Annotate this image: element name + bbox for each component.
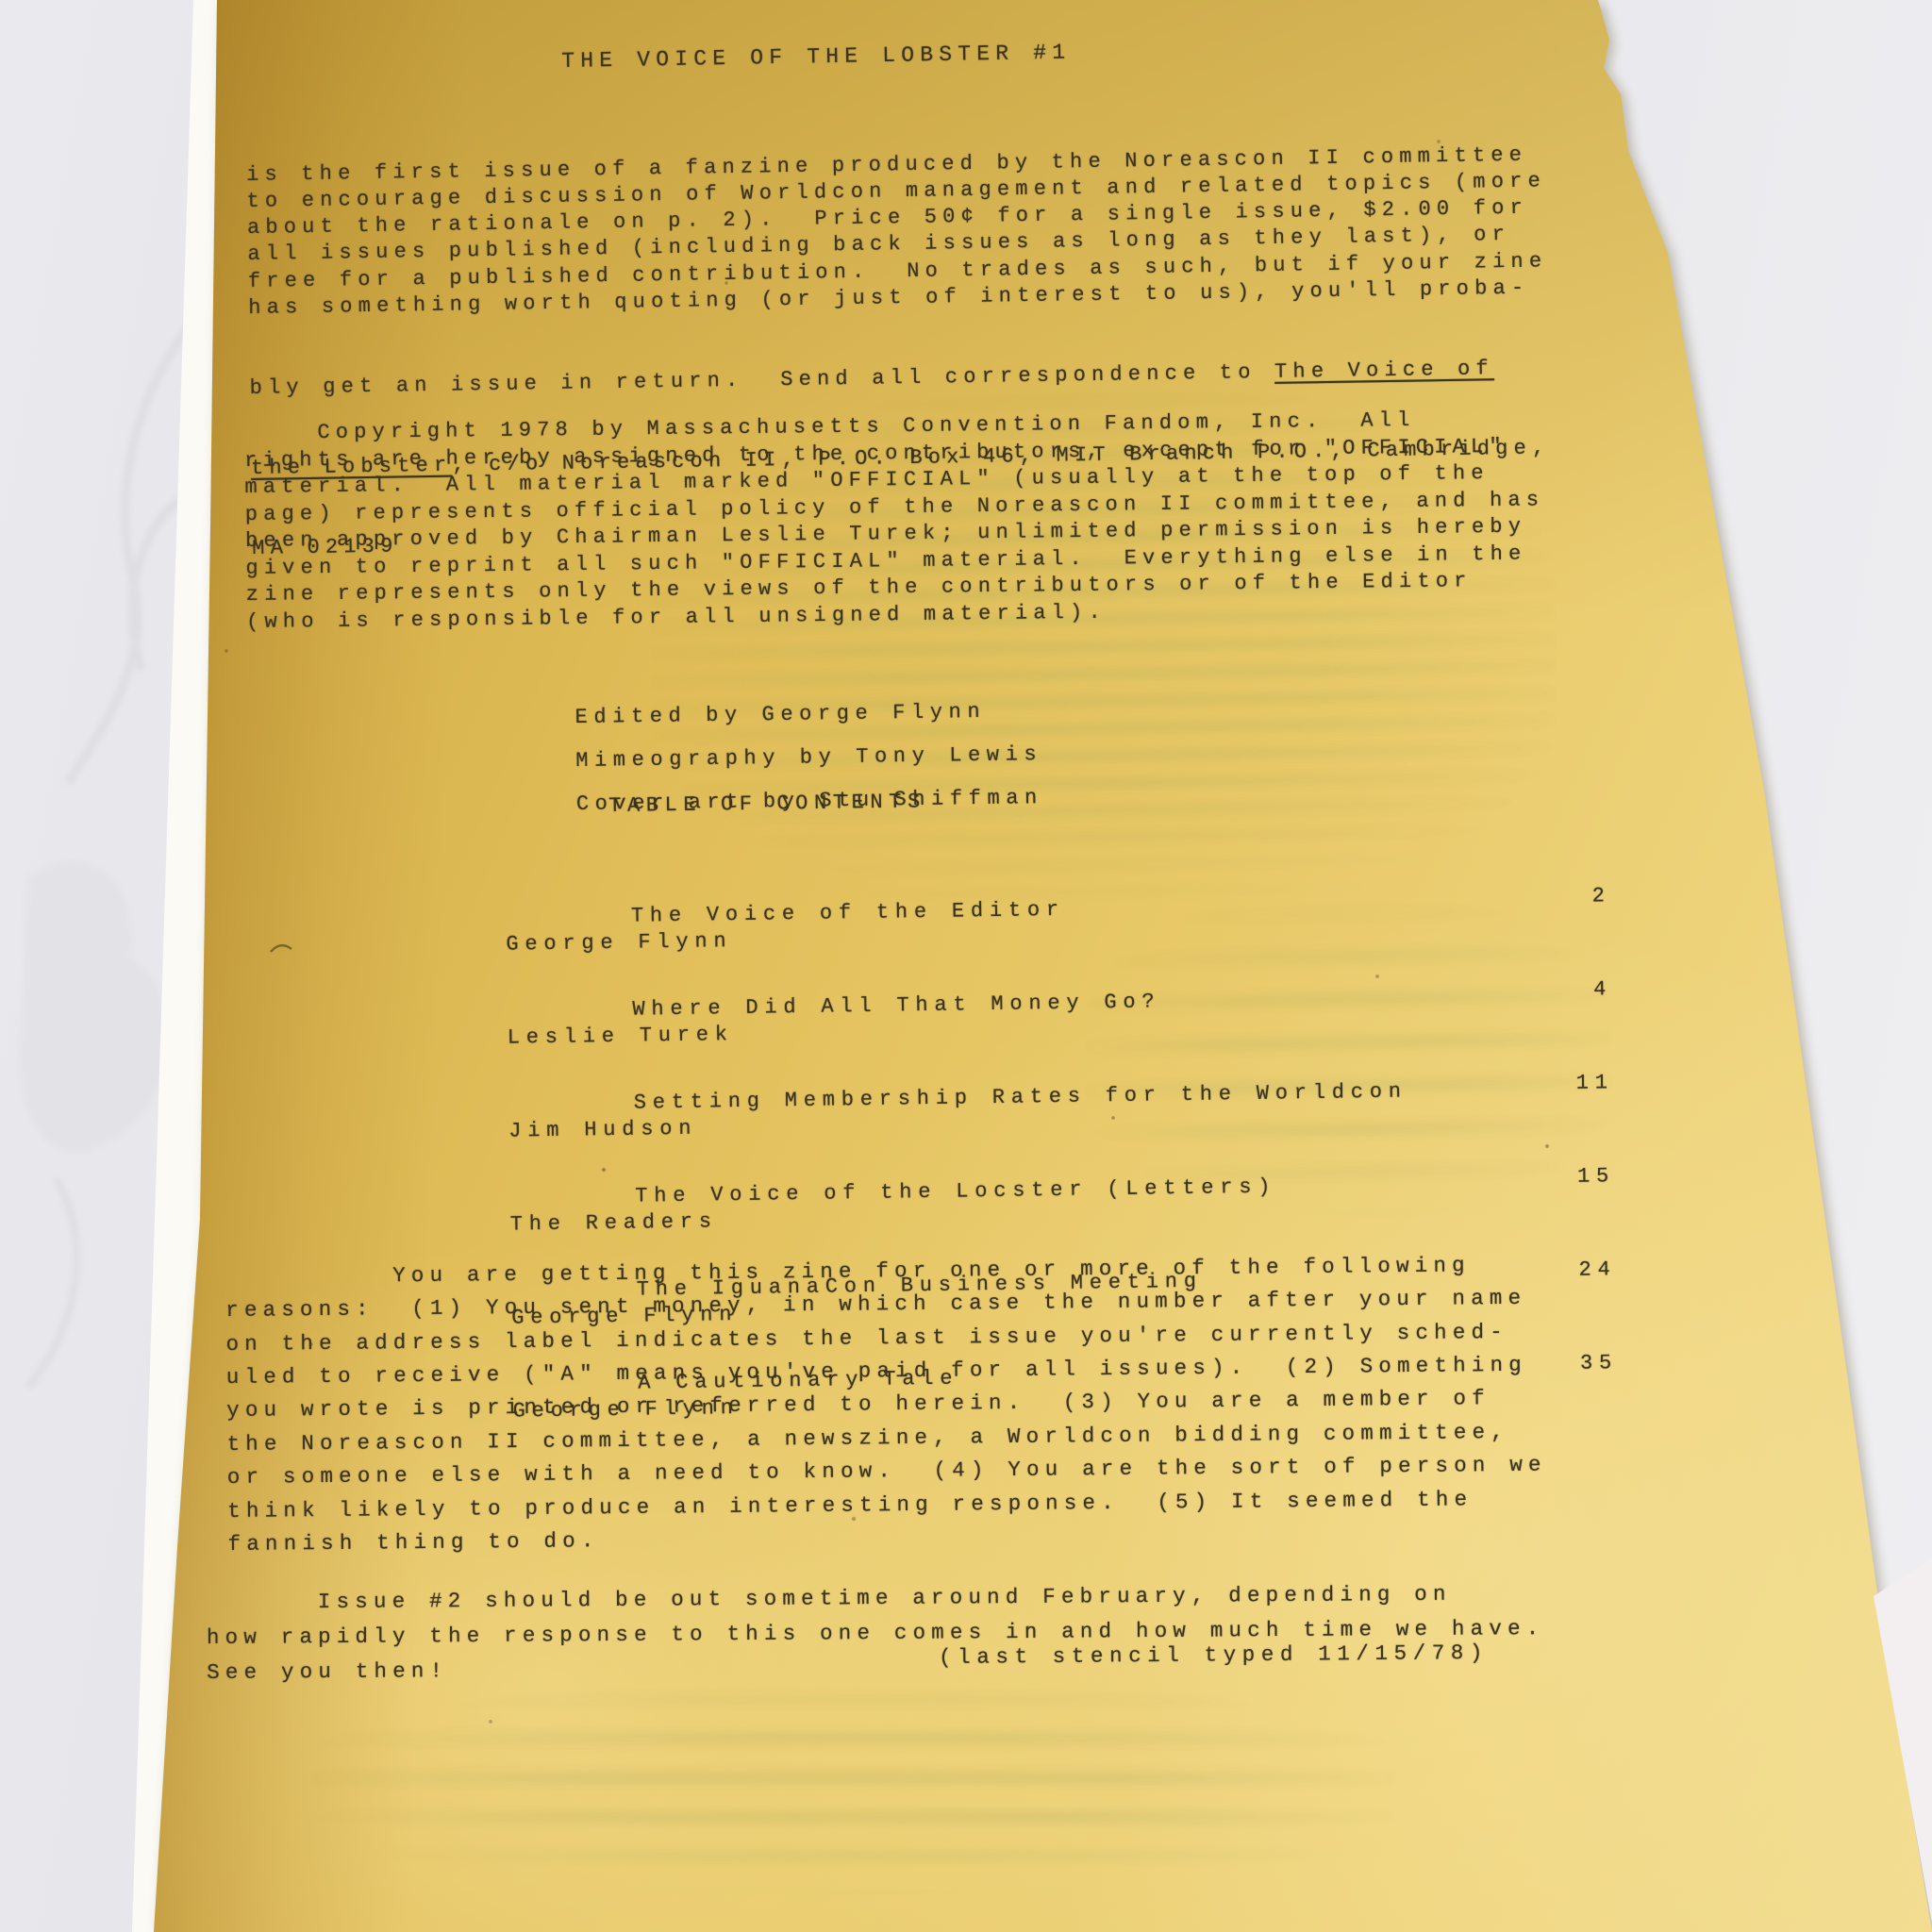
stray-pen-mark bbox=[268, 940, 294, 957]
toc-heading: TABLE OF CONTENTS bbox=[608, 789, 926, 820]
toc-row: Leslie Turek Where Did All That Money Go… bbox=[356, 982, 1612, 1027]
text-line: Mimeography by Tony Lewis bbox=[575, 733, 1043, 783]
toc-author: Jim Hudson bbox=[508, 1117, 697, 1143]
toc-page-number: 24 bbox=[1578, 1257, 1616, 1284]
toc-page-number: 15 bbox=[1577, 1163, 1615, 1191]
toc-page-number: 4 bbox=[1593, 976, 1612, 1003]
page-shadow: THE VOICE OF THE LOBSTER #1 is the first… bbox=[0, 0, 1932, 1932]
stencil-date-colophon: (last stencil typed 11/15/78) bbox=[939, 1639, 1489, 1672]
zine-page: THE VOICE OF THE LOBSTER #1 is the first… bbox=[0, 0, 1932, 1932]
photo-of-fanzine-page: THE VOICE OF THE LOBSTER #1 is the first… bbox=[0, 0, 1932, 1932]
toc-page-number: 35 bbox=[1580, 1350, 1618, 1377]
toc-title: The Voice of the Editor bbox=[631, 897, 1065, 930]
toc-author: George Flynn bbox=[506, 929, 732, 957]
toc-page-number: 2 bbox=[1591, 883, 1610, 909]
text-line: Edited by George Flynn bbox=[575, 690, 1042, 740]
toc-row: Jim Hudson Setting Membership Rates for … bbox=[358, 1075, 1614, 1121]
toc-author: Leslie Turek bbox=[508, 1023, 734, 1050]
toc-page-number: 11 bbox=[1575, 1070, 1613, 1097]
toc-title: Where Did All That Money Go? bbox=[632, 989, 1160, 1023]
toc-title: Setting Membership Rates for the Worldco… bbox=[634, 1078, 1407, 1116]
next-issue-paragraph: Issue #2 should be out sometime around F… bbox=[206, 1507, 1545, 1760]
toc-row: George Flynn The Voice of the Editor 2 bbox=[355, 889, 1611, 934]
